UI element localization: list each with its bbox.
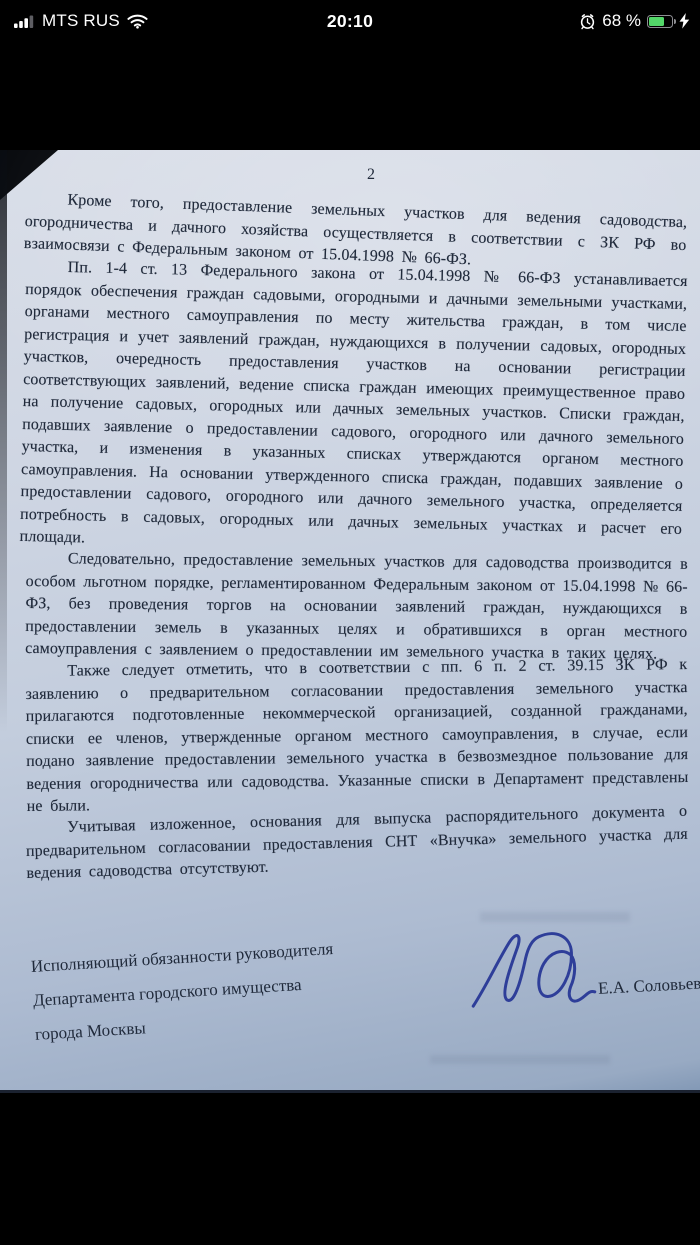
alarm-clock-icon (579, 13, 596, 30)
document-photo[interactable]: 2 Кроме того, предоставление земельных у… (0, 150, 700, 1093)
document-paragraph: Пп. 1-4 ст. 13 Федерального закона от 15… (19, 256, 687, 563)
document-paragraph: Также следует отметить, что в соответств… (25, 654, 689, 818)
signer-name: Е.А. Соловьева (598, 973, 700, 999)
battery-icon (647, 15, 673, 28)
handwritten-signature (464, 917, 602, 1022)
carrier-label: MTS RUS (42, 11, 120, 31)
signature-block: Исполняющий обязанности руководителя Деп… (26, 934, 688, 1084)
signer-position: Исполняющий обязанности руководителя Деп… (30, 932, 338, 1052)
battery-cap (674, 19, 677, 24)
battery-fill (649, 17, 664, 26)
page-number: 2 (40, 166, 700, 184)
signal-strength-icon (14, 15, 35, 28)
document-paragraph: Следовательно, предоставление земельных … (25, 548, 688, 666)
status-bar-left: MTS RUS (0, 11, 148, 31)
wifi-icon (127, 13, 148, 29)
status-bar: MTS RUS 20:10 68 % (0, 0, 700, 42)
charging-bolt-icon (679, 13, 690, 29)
document-page: 2 Кроме того, предоставление земельных у… (0, 150, 700, 1084)
status-bar-right: 68 % (579, 11, 700, 31)
battery-percent-label: 68 % (602, 11, 641, 31)
